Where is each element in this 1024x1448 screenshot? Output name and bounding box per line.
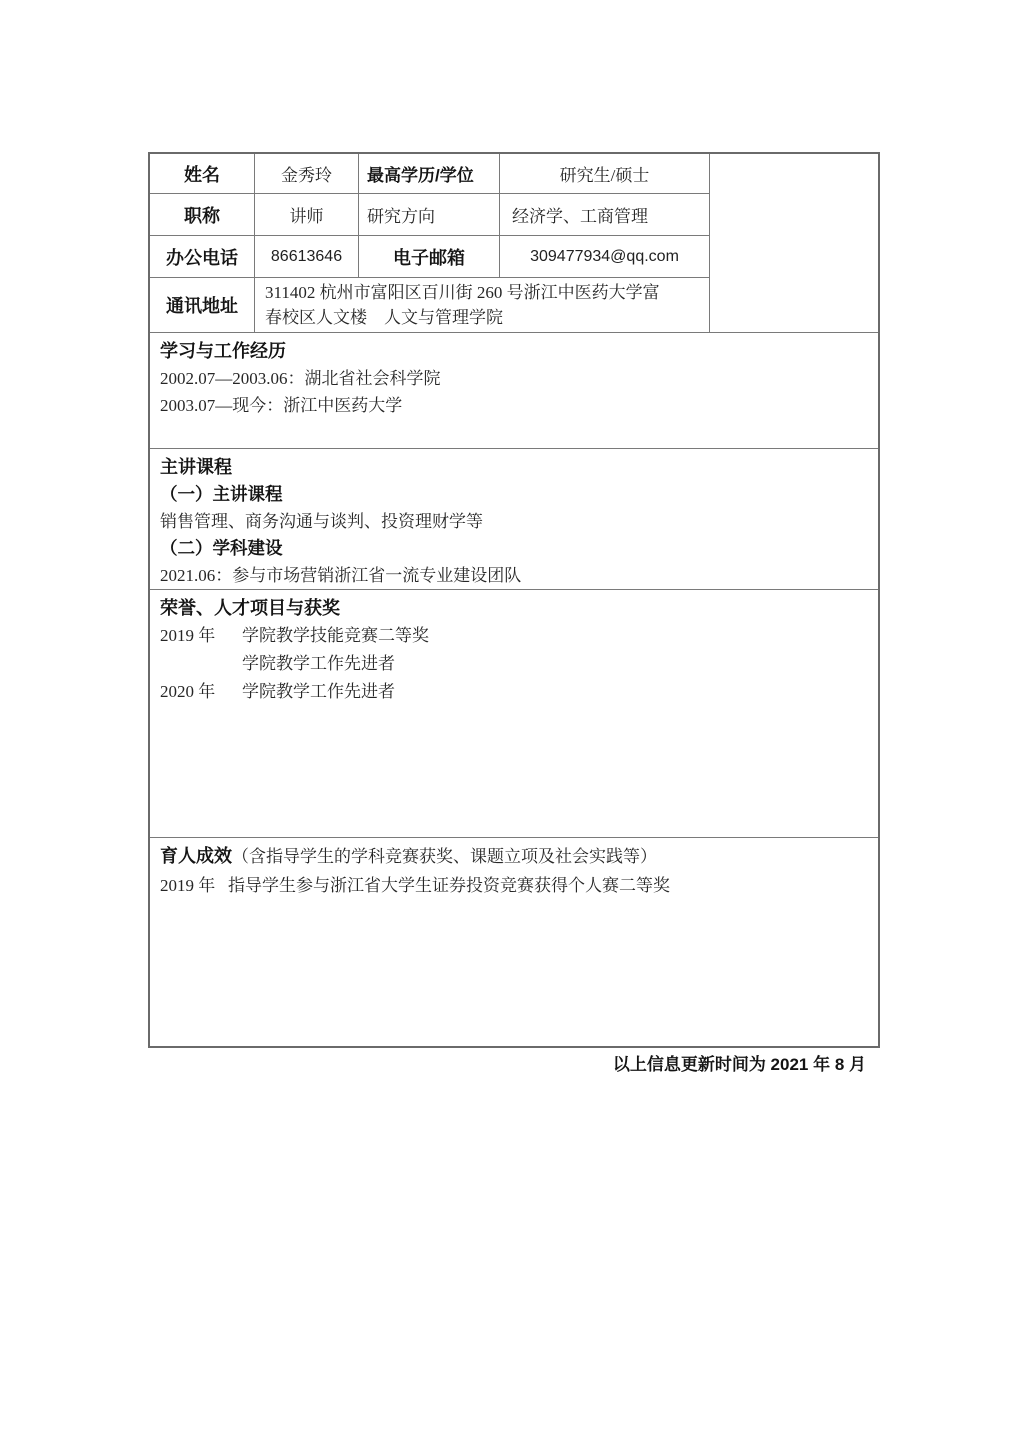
courses-title: 主讲课程 <box>160 454 868 481</box>
email-value-cell: 309477934@qq.com <box>500 236 710 278</box>
outcomes-note: （含指导学生的学科竞赛获奖、课题立项及社会实践等） <box>232 847 657 866</box>
experience-title: 学习与工作经历 <box>160 338 868 365</box>
address-label-cell: 通讯地址 <box>150 278 255 332</box>
courses-part1-text: 销售管理、商务沟通与谈判、投资理财学等 <box>160 508 868 535</box>
honor-text: 学院教学工作先进者 <box>242 650 395 678</box>
courses-part1-heading: （一）主讲课程 <box>160 481 868 508</box>
honor-year: 2019 年 <box>160 622 242 650</box>
address-value-cell: 311402 杭州市富阳区百川街 260 号浙江中医药大学富 春校区人文楼 人文… <box>255 278 710 332</box>
update-date-note: 以上信息更新时间为 2021 年 8 月 <box>613 1053 866 1077</box>
honor-row: 学院教学工作先进者 <box>160 650 868 678</box>
faculty-profile-table: 姓名 金秀玲 最高学历/学位 研究生/硕士 职称 讲师 研究方向 经济学、工商管… <box>148 152 880 1048</box>
title-value-cell: 讲师 <box>255 194 359 236</box>
name-value-cell: 金秀玲 <box>255 154 359 194</box>
section-outcomes: 育人成效（含指导学生的学科竞赛获奖、课题立项及社会实践等） 2019 年 指导学… <box>150 837 878 1046</box>
honor-year <box>160 650 242 678</box>
honors-title: 荣誉、人才项目与获奖 <box>160 595 868 622</box>
outcome-year: 2019 年 <box>160 872 228 900</box>
address-line-1: 311402 杭州市富阳区百川街 260 号浙江中医药大学富 <box>265 280 660 305</box>
phone-label-cell: 办公电话 <box>150 236 255 278</box>
title-label-cell: 职称 <box>150 194 255 236</box>
courses-part2-heading: （二）学科建设 <box>160 535 868 562</box>
research-value-cell: 经济学、工商管理 <box>500 194 710 236</box>
outcomes-title: 育人成效 <box>160 846 232 866</box>
honor-text: 学院教学技能竞赛二等奖 <box>242 622 429 650</box>
courses-part2-text: 2021.06：参与市场营销浙江省一流专业建设团队 <box>160 562 868 589</box>
honor-year: 2020 年 <box>160 678 242 706</box>
photo-placeholder <box>710 154 878 332</box>
honor-row: 2019 年 学院教学技能竞赛二等奖 <box>160 622 868 650</box>
personal-info-grid: 姓名 金秀玲 最高学历/学位 研究生/硕士 职称 讲师 研究方向 经济学、工商管… <box>150 154 878 332</box>
section-courses: 主讲课程 （一）主讲课程 销售管理、商务沟通与谈判、投资理财学等 （二）学科建设… <box>150 448 878 589</box>
experience-item: 2003.07—现今：浙江中医药大学 <box>160 392 868 419</box>
outcome-text: 指导学生参与浙江省大学生证券投资竞赛获得个人赛二等奖 <box>228 872 670 900</box>
phone-value-cell: 86613646 <box>255 236 359 278</box>
email-label-cell: 电子邮箱 <box>359 236 500 278</box>
address-line-2: 春校区人文楼 人文与管理学院 <box>265 305 503 330</box>
honor-row: 2020 年 学院教学工作先进者 <box>160 678 868 706</box>
section-experience: 学习与工作经历 2002.07—2003.06：湖北省社会科学院 2003.07… <box>150 332 878 448</box>
degree-value-cell: 研究生/硕士 <box>500 154 710 194</box>
outcome-row: 2019 年 指导学生参与浙江省大学生证券投资竞赛获得个人赛二等奖 <box>160 872 868 900</box>
section-honors: 荣誉、人才项目与获奖 2019 年 学院教学技能竞赛二等奖 学院教学工作先进者 … <box>150 589 878 837</box>
honor-text: 学院教学工作先进者 <box>242 678 395 706</box>
outcomes-title-line: 育人成效（含指导学生的学科竞赛获奖、课题立项及社会实践等） <box>160 843 868 872</box>
experience-item: 2002.07—2003.06：湖北省社会科学院 <box>160 365 868 392</box>
research-label-cell: 研究方向 <box>359 194 500 236</box>
name-label-cell: 姓名 <box>150 154 255 194</box>
degree-label-cell: 最高学历/学位 <box>359 154 500 194</box>
